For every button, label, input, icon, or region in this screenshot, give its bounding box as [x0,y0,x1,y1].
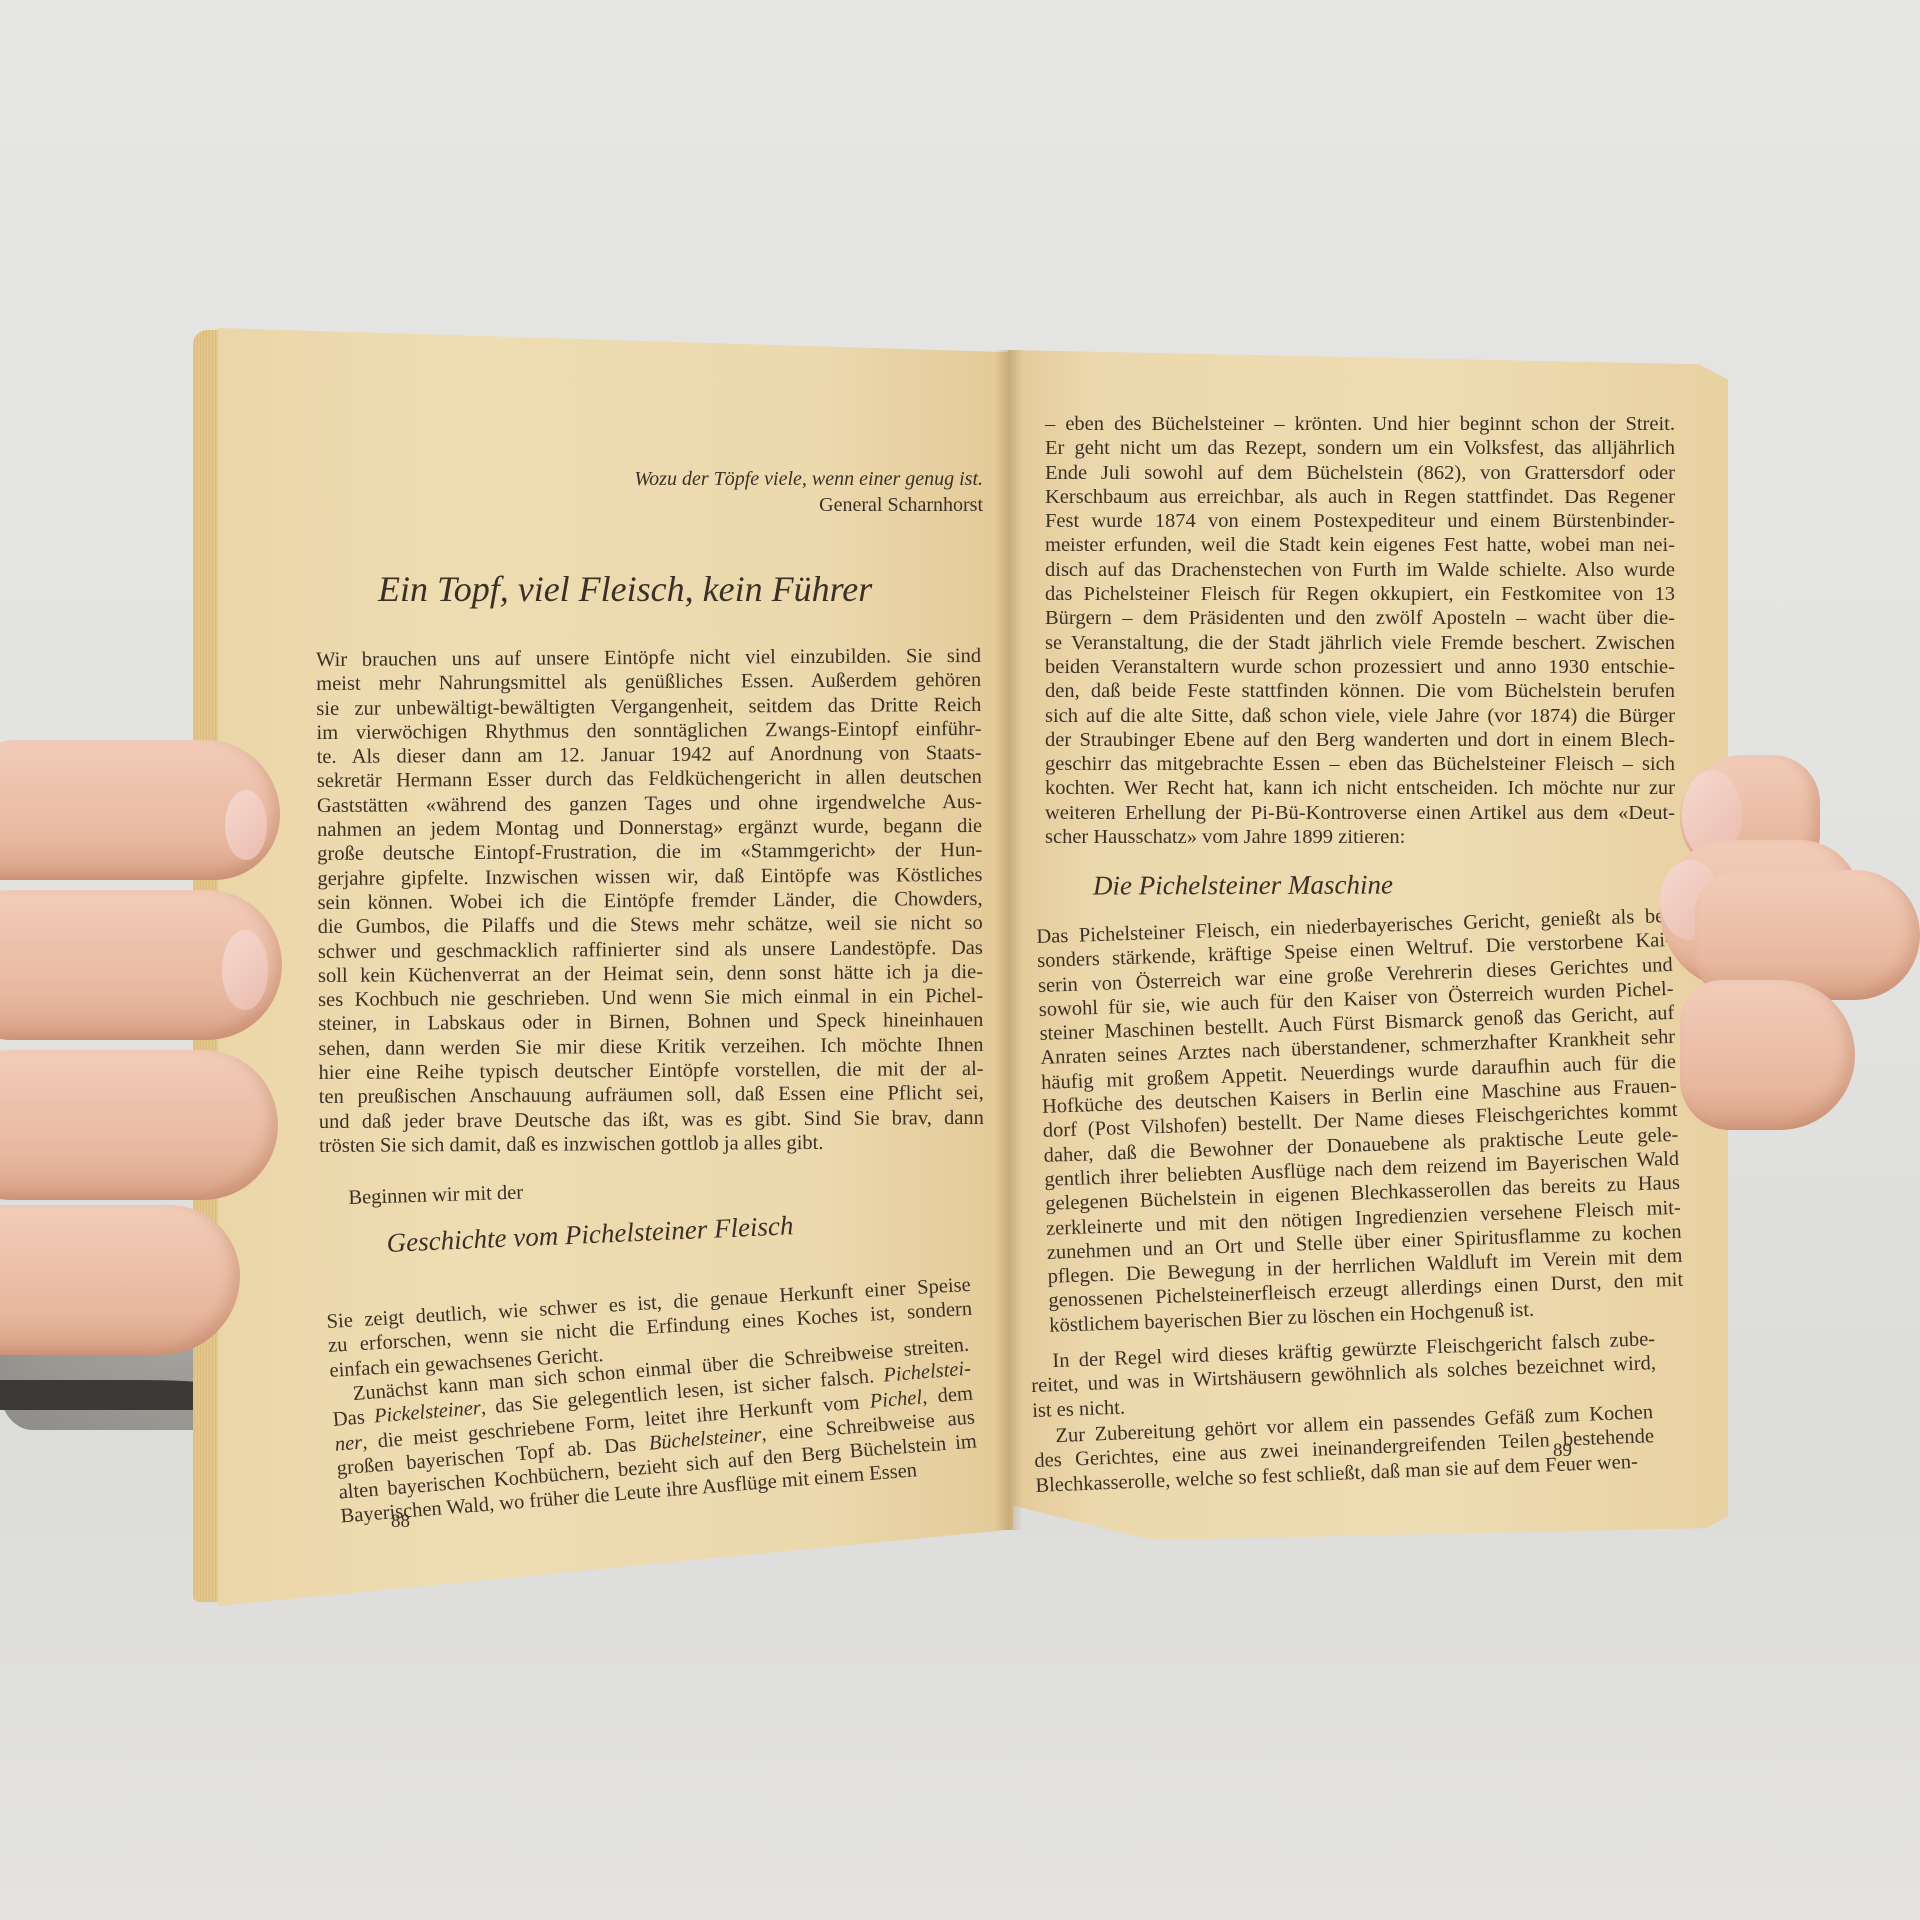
text-line: sekretär Hermann Esser durch das Feldküc… [317,765,982,793]
left-finger-3 [0,1050,278,1200]
left-fingernail-2 [222,930,268,1010]
subheading-geschichte: Geschichte vom Pichelsteiner Fleisch [386,1210,794,1259]
text-line: Bürgern – dem Präsidenten und den zwölf … [1045,606,1675,630]
text-line: meister erfunden, weil die Stadt kein ei… [1045,533,1675,557]
book-spine [995,350,1023,1530]
photo-scene: Wozu der Töpfe viele, wenn einer genug i… [0,0,1920,1920]
text-line: den, daß beide Feste stattfinden können.… [1045,679,1675,703]
text-line: Kerschbaum aus erreichbar, als auch in R… [1045,485,1675,509]
right-finger-2 [1680,980,1855,1130]
text-line: ten preußischen Anschauung aufräumen sol… [319,1081,984,1109]
page-number-left: 88 [391,1511,410,1533]
text-line: meist mehr Nahrungsmittel als genüßliche… [316,668,981,696]
text-line: scher Hausschatz» vom Jahre 1899 zitiere… [1045,825,1675,849]
text-line: weiteren Erhellung der Pi-Bü-Kontroverse… [1045,801,1675,825]
left-finger-4 [0,1205,240,1355]
text-line: die Gumbos, die Pilaffs und die Stews me… [318,911,983,939]
text-line: sich auf die alte Sitte, daß schon viele… [1045,704,1675,728]
text-line: Fest wurde 1874 von einem Postexpediteur… [1045,509,1675,533]
motto-author: General Scharnhorst [634,492,983,518]
text-line: Ende Juli sowohl auf dem Büchelstein (86… [1045,461,1675,485]
text-line: – eben des Büchelsteiner – krönten. Und … [1045,412,1675,436]
text-line: se Veranstaltung, die der Stadt jährlich… [1045,631,1675,655]
chapter-title: Ein Topf, viel Fleisch, kein Führer [378,568,872,610]
left-hand [0,740,300,1420]
chapter-motto: Wozu der Töpfe viele, wenn einer genug i… [634,466,983,518]
right-paragraph-1: – eben des Büchelsteiner – krönten. Und … [1045,412,1675,849]
right-paragraph-2: Das Pichelsteiner Fleisch, ein niederbay… [1036,904,1684,1338]
text-line: geschirr das mitgebrachte Essen – eben d… [1045,752,1675,776]
text-line: beiden Veranstaltern wurde schon prozess… [1045,655,1675,679]
page-number-right: 89 [1553,1440,1572,1462]
left-fingernail-1 [225,790,267,860]
motto-quote: Wozu der Töpfe viele, wenn einer genug i… [634,466,983,492]
text-line: und daß jeder brave Deutsche das ißt, wa… [319,1106,984,1134]
text-line: das Pichelsteiner Fleisch für Regen okku… [1045,582,1675,606]
text-line: Er geht nicht um das Rezept, sondern um … [1045,436,1675,460]
text-line: der Straubinger Ebene auf den Berg wande… [1045,728,1675,752]
right-hand [1640,750,1920,1150]
subheading-maschine: Die Pichelsteiner Maschine [1093,869,1393,901]
text-line: kochten. Wer Recht hat, kann ich nicht e… [1045,776,1675,800]
text-line: große deutsche Eintopf-Frustration, die … [317,838,982,866]
text-line: steiner, in Labskaus oder in Birnen, Boh… [318,1008,983,1036]
text-line: trösten Sie sich damit, daß es inzwische… [319,1130,984,1158]
left-paragraph-1: Wir brauchen uns auf unsere Eintöpfe nic… [316,644,984,1158]
right-page: – eben des Büchelsteiner – krönten. Und … [1008,350,1728,1540]
text-line: disch auf das Drachenstechen von Furth i… [1045,558,1675,582]
left-paragraph-2: Beginnen wir mit der [348,1181,523,1211]
left-page: Wozu der Töpfe viele, wenn einer genug i… [218,328,1013,1606]
